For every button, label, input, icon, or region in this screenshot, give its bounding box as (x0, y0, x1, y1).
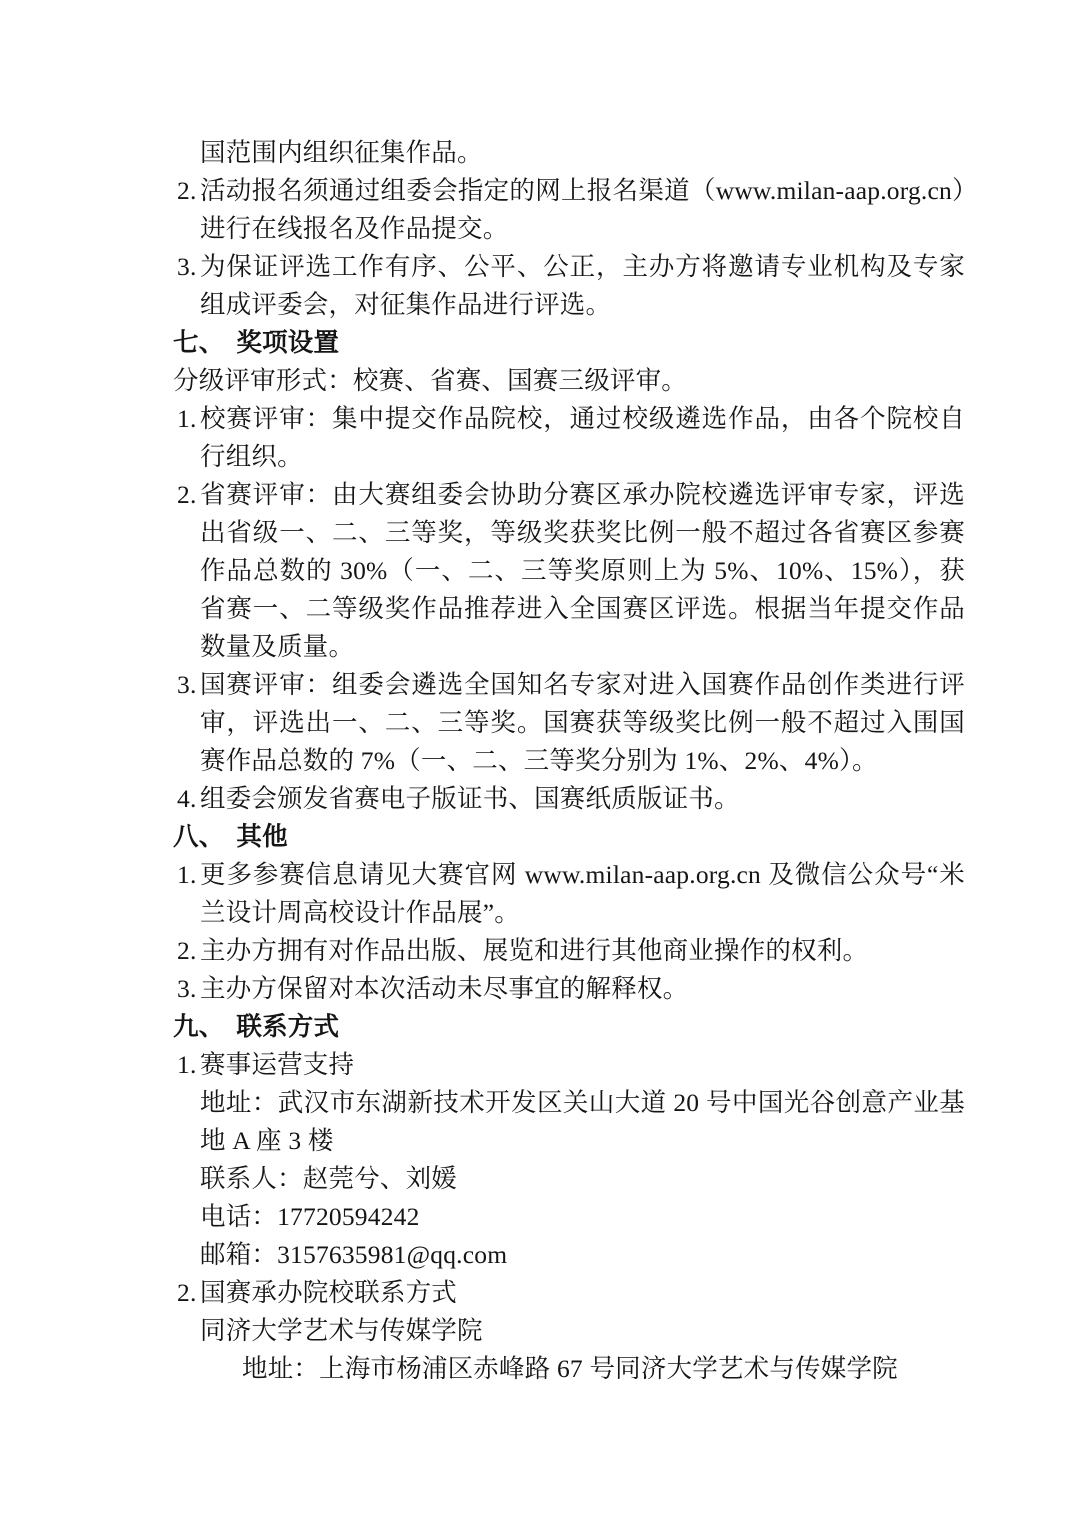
list-item-text: 为保证评选工作有序、公平、公正，主办方将邀请专业机构及专家组成评委会，对征集作品… (200, 248, 965, 324)
list-item-text: 组委会颁发省赛电子版证书、国赛纸质版证书。 (200, 780, 965, 818)
list-item-text: 主办方保留对本次活动未尽事宜的解释权。 (200, 970, 965, 1008)
list-item-number: 3. (173, 970, 200, 1008)
list-item-contact-support: 1. 赛事运营支持 (173, 1046, 965, 1084)
list-item-text: 国赛评审：组委会遴选全国知名专家对进入国赛作品创作类进行评审，评选出一、二、三等… (200, 666, 965, 780)
list-item-number: 2. (173, 932, 200, 970)
contact-phone-line: 电话：17720594242 (200, 1198, 965, 1236)
list-item-text: 省赛评审：由大赛组委会协助分赛区承办院校遴选评审专家，评选出省级一、二、三等奖，… (200, 476, 965, 666)
heading-title: 其他 (236, 823, 287, 851)
section-heading-awards: 七、奖项设置 (173, 324, 965, 362)
continuation-line: 国范围内组织征集作品。 (200, 134, 965, 172)
section-heading-contact: 九、联系方式 (173, 1008, 965, 1046)
list-item-number: 3. (173, 666, 200, 704)
list-item-number: 2. (173, 1274, 200, 1312)
list-item: 3. 国赛评审：组委会遴选全国知名专家对进入国赛作品创作类进行评审，评选出一、二… (173, 666, 965, 780)
list-item: 1. 更多参赛信息请见大赛官网 www.milan-aap.org.cn 及微信… (173, 856, 965, 932)
contact-person-line: 联系人：赵莞兮、刘媛 (200, 1160, 965, 1198)
list-item-number: 4. (173, 780, 200, 818)
list-item: 2. 主办方拥有对作品出版、展览和进行其他商业操作的权利。 (173, 932, 965, 970)
contact-school-line: 同济大学艺术与传媒学院 (200, 1312, 965, 1350)
list-item-text: 主办方拥有对作品出版、展览和进行其他商业操作的权利。 (200, 932, 965, 970)
list-item-number: 3. (173, 248, 200, 286)
list-item-text: 更多参赛信息请见大赛官网 www.milan-aap.org.cn 及微信公众号… (200, 856, 965, 932)
document-content: 国范围内组织征集作品。 2. 活动报名须通过组委会指定的网上报名渠道（www.m… (173, 134, 965, 1388)
list-item-text: 校赛评审：集中提交作品院校，通过校级遴选作品，由各个院校自行组织。 (200, 400, 965, 476)
list-item: 3. 为保证评选工作有序、公平、公正，主办方将邀请专业机构及专家组成评委会，对征… (173, 248, 965, 324)
list-item: 1. 校赛评审：集中提交作品院校，通过校级遴选作品，由各个院校自行组织。 (173, 400, 965, 476)
list-item-number: 1. (173, 1046, 200, 1084)
list-item-text: 国赛承办院校联系方式 (200, 1274, 965, 1312)
section-heading-others: 八、其他 (173, 818, 965, 856)
list-item: 2. 活动报名须通过组委会指定的网上报名渠道（www.milan-aap.org… (173, 172, 965, 248)
contact-school-address-line: 地址：上海市杨浦区赤峰路 67 号同济大学艺术与传媒学院 (242, 1350, 965, 1388)
heading-number: 八、 (173, 823, 224, 851)
list-item-contact-national: 2. 国赛承办院校联系方式 (173, 1274, 965, 1312)
list-item: 2. 省赛评审：由大赛组委会协助分赛区承办院校遴选评审专家，评选出省级一、二、三… (173, 476, 965, 666)
heading-title: 联系方式 (236, 1013, 339, 1041)
list-item-number: 2. (173, 476, 200, 514)
list-item-text: 赛事运营支持 (200, 1046, 965, 1084)
contact-email-line: 邮箱：3157635981@qq.com (200, 1236, 965, 1274)
contact-address-line: 地址：武汉市东湖新技术开发区关山大道 20 号中国光谷创意产业基地 A 座 3 … (200, 1084, 965, 1160)
section-intro: 分级评审形式：校赛、省赛、国赛三级评审。 (173, 362, 965, 400)
heading-number: 七、 (173, 329, 224, 357)
list-item-number: 1. (173, 400, 200, 438)
heading-title: 奖项设置 (236, 329, 339, 357)
heading-number: 九、 (173, 1013, 224, 1041)
document-page: 国范围内组织征集作品。 2. 活动报名须通过组委会指定的网上报名渠道（www.m… (0, 0, 1080, 1527)
list-item-number: 1. (173, 856, 200, 894)
list-item-number: 2. (173, 172, 200, 210)
list-item: 4. 组委会颁发省赛电子版证书、国赛纸质版证书。 (173, 780, 965, 818)
list-item-text: 活动报名须通过组委会指定的网上报名渠道（www.milan-aap.org.cn… (200, 172, 965, 248)
list-item: 3. 主办方保留对本次活动未尽事宜的解释权。 (173, 970, 965, 1008)
